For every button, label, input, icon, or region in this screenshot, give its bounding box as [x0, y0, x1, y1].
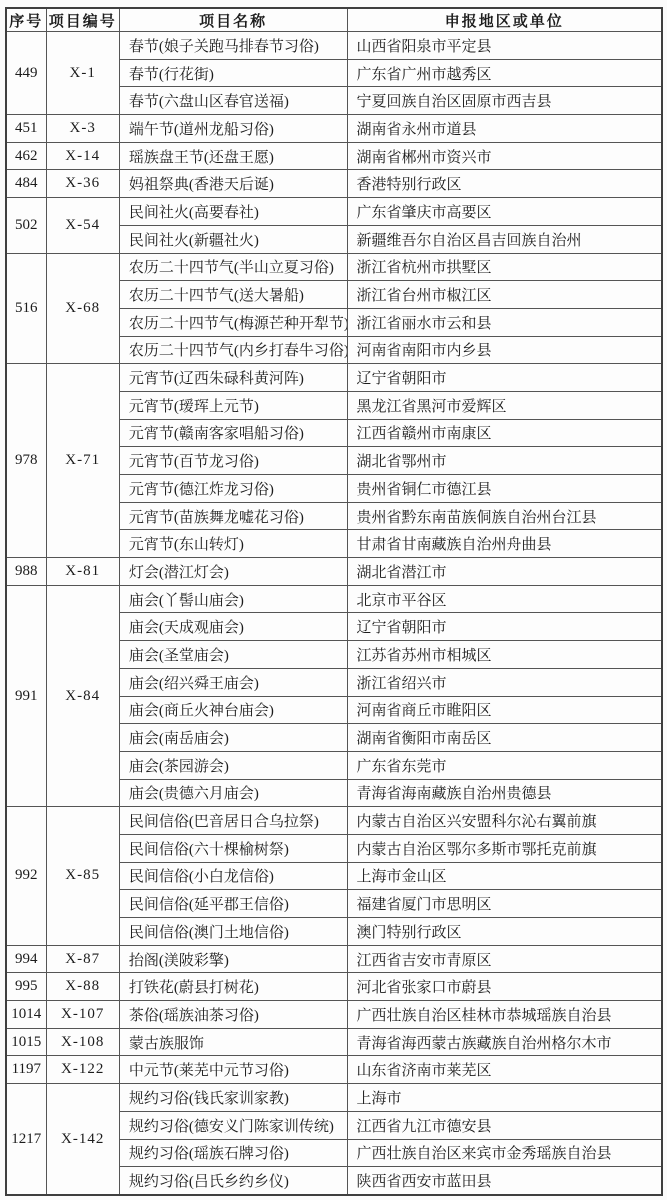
region-cell: 浙江省杭州市拱墅区	[347, 253, 662, 281]
col-header-region: 申报地区或单位	[347, 8, 662, 32]
region-cell: 辽宁省朝阳市	[347, 613, 662, 641]
project-name-cell: 民间信俗(巴音居日合乌拉祭)	[119, 807, 347, 835]
region-cell: 内蒙古自治区兴安盟科尔沁右翼前旗	[347, 807, 662, 835]
region-cell: 湖南省郴州市资兴市	[347, 142, 662, 170]
table-row: 484X-36妈祖祭典(香港天后诞)香港特别行政区	[6, 170, 662, 198]
project-name-cell: 春节(行花街)	[119, 59, 347, 87]
code-cell: X-107	[46, 1001, 119, 1029]
project-name-cell: 春节(娘子关跑马排春节习俗)	[119, 32, 347, 60]
table-row: 1197X-122中元节(莱芜中元节习俗)山东省济南市莱芜区	[6, 1056, 662, 1084]
table-row: 992X-85民间信俗(巴音居日合乌拉祭)内蒙古自治区兴安盟科尔沁右翼前旗	[6, 807, 662, 835]
project-name-cell: 灯会(潜江灯会)	[119, 558, 347, 586]
project-name-cell: 庙会(南岳庙会)	[119, 724, 347, 752]
serial-cell: 994	[6, 945, 46, 973]
heritage-table: 序号 项目编号 项目名称 申报地区或单位 449X-1春节(娘子关跑马排春节习俗…	[5, 7, 663, 1196]
region-cell: 浙江省丽水市云和县	[347, 308, 662, 336]
project-name-cell: 庙会(贵德六月庙会)	[119, 779, 347, 807]
project-name-cell: 庙会(圣堂庙会)	[119, 641, 347, 669]
col-header-project-name: 项目名称	[119, 8, 347, 32]
region-cell: 湖北省潜江市	[347, 558, 662, 586]
region-cell: 贵州省黔东南苗族侗族自治州台江县	[347, 502, 662, 530]
code-cell: X-54	[46, 198, 119, 253]
project-name-cell: 民间信俗(小白龙信俗)	[119, 862, 347, 890]
project-name-cell: 端午节(道州龙船习俗)	[119, 115, 347, 143]
region-cell: 上海市	[347, 1084, 662, 1112]
region-cell: 甘肃省甘南藏族自治州舟曲县	[347, 530, 662, 558]
document-page: 序号 项目编号 项目名称 申报地区或单位 449X-1春节(娘子关跑马排春节习俗…	[0, 0, 667, 1196]
region-cell: 北京市平谷区	[347, 585, 662, 613]
project-name-cell: 庙会(绍兴舜王庙会)	[119, 668, 347, 696]
serial-cell: 1015	[6, 1028, 46, 1056]
project-name-cell: 庙会(丫髻山庙会)	[119, 585, 347, 613]
serial-cell: 502	[6, 198, 46, 253]
table-body: 449X-1春节(娘子关跑马排春节习俗)山西省阳泉市平定县春节(行花街)广东省广…	[6, 32, 662, 1195]
region-cell: 江西省吉安市青原区	[347, 945, 662, 973]
table-row: 516X-68农历二十四节气(半山立夏习俗)浙江省杭州市拱墅区	[6, 253, 662, 281]
project-name-cell: 元宵节(德江炸龙习俗)	[119, 475, 347, 503]
table-row: 1014X-107茶俗(瑶族油茶习俗)广西壮族自治区桂林市恭城瑶族自治县	[6, 1001, 662, 1029]
code-cell: X-108	[46, 1028, 119, 1056]
project-name-cell: 庙会(天成观庙会)	[119, 613, 347, 641]
table-row: 994X-87抬阁(渼陂彩擎)江西省吉安市青原区	[6, 945, 662, 973]
project-name-cell: 元宵节(东山转灯)	[119, 530, 347, 558]
project-name-cell: 农历二十四节气(送大暑船)	[119, 281, 347, 309]
region-cell: 新疆维吾尔自治区昌吉回族自治州	[347, 225, 662, 253]
region-cell: 福建省厦门市思明区	[347, 890, 662, 918]
region-cell: 河北省张家口市蔚县	[347, 973, 662, 1001]
serial-cell: 1197	[6, 1056, 46, 1084]
serial-cell: 988	[6, 558, 46, 586]
code-cell: X-71	[46, 364, 119, 558]
project-name-cell: 元宵节(赣南客家唱船习俗)	[119, 419, 347, 447]
region-cell: 青海省海南藏族自治州贵德县	[347, 779, 662, 807]
project-name-cell: 民间信俗(澳门土地信俗)	[119, 918, 347, 946]
region-cell: 贵州省铜仁市德江县	[347, 475, 662, 503]
region-cell: 江西省赣州市南康区	[347, 419, 662, 447]
project-name-cell: 规约习俗(瑶族石牌习俗)	[119, 1139, 347, 1167]
table-row: 988X-81灯会(潜江灯会)湖北省潜江市	[6, 558, 662, 586]
project-name-cell: 妈祖祭典(香港天后诞)	[119, 170, 347, 198]
project-name-cell: 规约习俗(钱氏家训家教)	[119, 1084, 347, 1112]
region-cell: 宁夏回族自治区固原市西吉县	[347, 87, 662, 115]
table-row: 1015X-108蒙古族服饰青海省海西蒙古族藏族自治州格尔木市	[6, 1028, 662, 1056]
code-cell: X-122	[46, 1056, 119, 1084]
project-name-cell: 元宵节(瑷珲上元节)	[119, 391, 347, 419]
table-row: 991X-84庙会(丫髻山庙会)北京市平谷区	[6, 585, 662, 613]
table-row: 449X-1春节(娘子关跑马排春节习俗)山西省阳泉市平定县	[6, 32, 662, 60]
code-cell: X-88	[46, 973, 119, 1001]
col-header-serial: 序号	[6, 8, 46, 32]
code-cell: X-14	[46, 142, 119, 170]
region-cell: 澳门特别行政区	[347, 918, 662, 946]
project-name-cell: 规约习俗(吕氏乡约乡仪)	[119, 1167, 347, 1195]
project-name-cell: 茶俗(瑶族油茶习俗)	[119, 1001, 347, 1029]
project-name-cell: 打铁花(蔚县打树花)	[119, 973, 347, 1001]
project-name-cell: 元宵节(苗族舞龙嘘花习俗)	[119, 502, 347, 530]
region-cell: 湖南省衡阳市南岳区	[347, 724, 662, 752]
code-cell: X-81	[46, 558, 119, 586]
table-row: 1217X-142规约习俗(钱氏家训家教)上海市	[6, 1084, 662, 1112]
region-cell: 浙江省台州市椒江区	[347, 281, 662, 309]
region-cell: 陕西省西安市蓝田县	[347, 1167, 662, 1195]
serial-cell: 484	[6, 170, 46, 198]
project-name-cell: 抬阁(渼陂彩擎)	[119, 945, 347, 973]
serial-cell: 991	[6, 585, 46, 807]
project-name-cell: 庙会(茶园游会)	[119, 751, 347, 779]
region-cell: 河南省南阳市内乡县	[347, 336, 662, 364]
project-name-cell: 民间信俗(延平郡王信俗)	[119, 890, 347, 918]
col-header-code: 项目编号	[46, 8, 119, 32]
region-cell: 内蒙古自治区鄂尔多斯市鄂托克前旗	[347, 834, 662, 862]
project-name-cell: 蒙古族服饰	[119, 1028, 347, 1056]
serial-cell: 451	[6, 115, 46, 143]
serial-cell: 995	[6, 973, 46, 1001]
project-name-cell: 农历二十四节气(半山立夏习俗)	[119, 253, 347, 281]
serial-cell: 516	[6, 253, 46, 364]
region-cell: 江西省九江市德安县	[347, 1111, 662, 1139]
serial-cell: 1014	[6, 1001, 46, 1029]
code-cell: X-1	[46, 32, 119, 115]
region-cell: 山东省济南市莱芜区	[347, 1056, 662, 1084]
region-cell: 湖北省鄂州市	[347, 447, 662, 475]
code-cell: X-84	[46, 585, 119, 807]
region-cell: 湖南省永州市道县	[347, 115, 662, 143]
table-row: 978X-71元宵节(辽西朱碌科黄河阵)辽宁省朝阳市	[6, 364, 662, 392]
region-cell: 广东省东莞市	[347, 751, 662, 779]
code-cell: X-85	[46, 807, 119, 945]
region-cell: 广东省肇庆市高要区	[347, 198, 662, 226]
project-name-cell: 春节(六盘山区春官送福)	[119, 87, 347, 115]
project-name-cell: 庙会(商丘火神台庙会)	[119, 696, 347, 724]
project-name-cell: 中元节(莱芜中元节习俗)	[119, 1056, 347, 1084]
serial-cell: 992	[6, 807, 46, 945]
project-name-cell: 规约习俗(德安义门陈家训传统)	[119, 1111, 347, 1139]
table-row: 451X-3端午节(道州龙船习俗)湖南省永州市道县	[6, 115, 662, 143]
region-cell: 河南省商丘市睢阳区	[347, 696, 662, 724]
code-cell: X-36	[46, 170, 119, 198]
code-cell: X-142	[46, 1084, 119, 1195]
code-cell: X-87	[46, 945, 119, 973]
code-cell: X-3	[46, 115, 119, 143]
region-cell: 广西壮族自治区桂林市恭城瑶族自治县	[347, 1001, 662, 1029]
table-row: 462X-14瑶族盘王节(还盘王愿)湖南省郴州市资兴市	[6, 142, 662, 170]
serial-cell: 449	[6, 32, 46, 115]
region-cell: 浙江省绍兴市	[347, 668, 662, 696]
region-cell: 山西省阳泉市平定县	[347, 32, 662, 60]
serial-cell: 462	[6, 142, 46, 170]
project-name-cell: 瑶族盘王节(还盘王愿)	[119, 142, 347, 170]
serial-cell: 978	[6, 364, 46, 558]
project-name-cell: 农历二十四节气(梅源芒种开犁节)	[119, 308, 347, 336]
project-name-cell: 民间社火(新疆社火)	[119, 225, 347, 253]
project-name-cell: 元宵节(辽西朱碌科黄河阵)	[119, 364, 347, 392]
region-cell: 广东省广州市越秀区	[347, 59, 662, 87]
region-cell: 辽宁省朝阳市	[347, 364, 662, 392]
region-cell: 上海市金山区	[347, 862, 662, 890]
region-cell: 广西壮族自治区来宾市金秀瑶族自治县	[347, 1139, 662, 1167]
table-row: 995X-88打铁花(蔚县打树花)河北省张家口市蔚县	[6, 973, 662, 1001]
region-cell: 江苏省苏州市相城区	[347, 641, 662, 669]
project-name-cell: 民间社火(高要春社)	[119, 198, 347, 226]
serial-cell: 1217	[6, 1084, 46, 1195]
project-name-cell: 民间信俗(六十棵榆树祭)	[119, 834, 347, 862]
table-row: 502X-54民间社火(高要春社)广东省肇庆市高要区	[6, 198, 662, 226]
region-cell: 香港特别行政区	[347, 170, 662, 198]
header-row: 序号 项目编号 项目名称 申报地区或单位	[6, 8, 662, 32]
code-cell: X-68	[46, 253, 119, 364]
project-name-cell: 农历二十四节气(内乡打春牛习俗)	[119, 336, 347, 364]
project-name-cell: 元宵节(百节龙习俗)	[119, 447, 347, 475]
region-cell: 青海省海西蒙古族藏族自治州格尔木市	[347, 1028, 662, 1056]
region-cell: 黑龙江省黑河市爱辉区	[347, 391, 662, 419]
